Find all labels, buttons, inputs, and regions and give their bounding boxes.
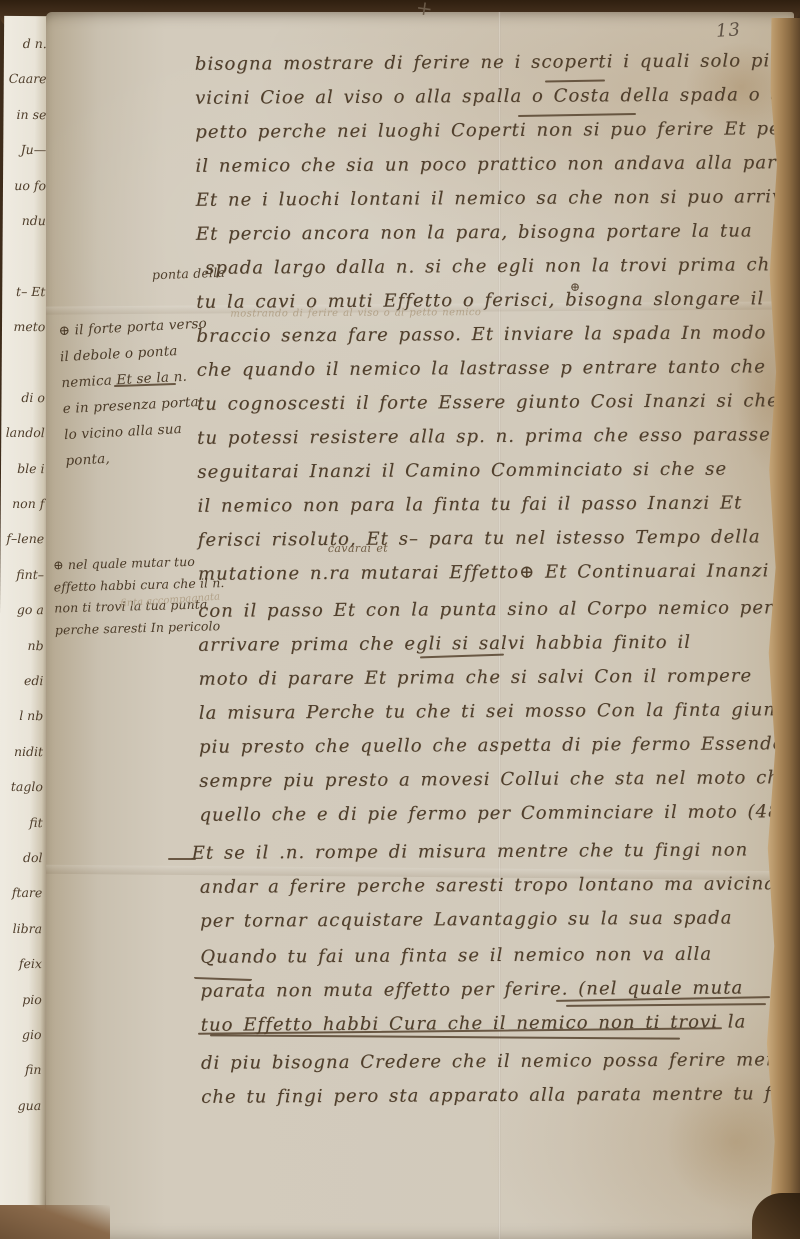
text-line: tu cognoscesti il forte Essere giunto Co… (197, 384, 783, 422)
text-fragment: in se (2, 97, 49, 133)
margin-note-a: ⊕ il forte porta verso il debole o ponta… (58, 310, 226, 474)
text-line: il nemico non para la finta tu fai il pa… (197, 486, 783, 524)
text-fragment: gua (0, 1088, 44, 1124)
text-line: con il passo Et con la punta sino al Cor… (198, 591, 784, 629)
main-text-block: bisogna mostrare di ferire ne i scoperti… (195, 44, 788, 1115)
text-fragment: go a (0, 592, 47, 628)
text-fragment: d n. (3, 26, 50, 62)
text-line: bisogna mostrare di ferire ne i scoperti… (195, 44, 781, 82)
text-line: mutatione n.ra mutarai Effetto⊕ Et Conti… (198, 554, 784, 592)
text-line: tu potessi resistere alla sp. n. prima c… (197, 418, 783, 456)
text-line: sempre piu presto a movesi Collui che st… (199, 761, 785, 799)
text-fragment: uo fo (2, 167, 49, 203)
text-line: il nemico che sia un poco prattico non a… (195, 146, 781, 184)
text-fragment: t– Et (1, 274, 48, 310)
text-fragment: fit (0, 804, 46, 840)
text-fragment: taglo (0, 769, 46, 805)
text-fragment: ble i (0, 451, 47, 487)
text-line: per tornar acquistare Lavantaggio su la … (200, 901, 786, 939)
text-fragment: fint– (0, 557, 47, 593)
text-line: la misura Perche tu che ti sei mosso Con… (199, 693, 785, 731)
text-line: vicini Cioe al viso o alla spalla o Cost… (195, 78, 781, 116)
manuscript-photo: d n. Caare in se Ju— uo fo ndu t– Et met… (0, 0, 800, 1239)
interlinear-insertion: mostrando di ferire al viso o al petto n… (230, 307, 481, 343)
text-fragment: Ju— (2, 132, 49, 168)
text-fragment: edi (0, 663, 47, 699)
text-fragment (1, 344, 48, 380)
text-line: moto di parare Et prima che si salvi Con… (199, 659, 785, 697)
text-line: quello che e di pie fermo per Comminciar… (199, 795, 785, 833)
text-fragment: fin (0, 1052, 44, 1088)
text-fragment: feix (0, 946, 45, 982)
text-line: petto perche nei luoghi Coperti non si p… (195, 112, 781, 150)
insertion-reference-mark: ⊕ (570, 280, 580, 294)
text-line: che tu fingi pero sta apparato alla para… (201, 1077, 787, 1115)
text-fragment: pio (0, 981, 45, 1017)
text-line: Quando tu fai una finta se il nemico non… (200, 937, 786, 975)
text-line: arrivare prima che egli si salvi habbia … (198, 625, 784, 663)
text-fragment: Caare (3, 61, 50, 97)
text-fragment: ndu (2, 203, 49, 239)
text-line: Et percio ancora non la para, bisogna po… (196, 214, 782, 252)
text-line: Et ne i luochi lontani il nemico sa che … (196, 180, 782, 218)
text-line: andar a ferire perche saresti tropo lont… (200, 867, 786, 905)
text-fragment (2, 238, 49, 274)
text-fragment: di o (1, 380, 48, 416)
paragraph-dash (168, 858, 196, 860)
text-fragment: non f (0, 486, 47, 522)
text-fragment: nb (0, 628, 47, 664)
text-line: piu presto che quello che aspetta di pie… (199, 727, 785, 765)
text-fragment: ftare (0, 875, 45, 911)
margin-note-inline: ponta della (152, 265, 226, 283)
text-fragment: gio (0, 1017, 45, 1053)
cross-mark: + (414, 0, 434, 21)
folio-number: 13 (715, 19, 741, 42)
text-line: spada largo dalla n. si che egli non la … (205, 248, 782, 286)
text-line: che quando il nemico la lastrasse p entr… (197, 350, 783, 388)
text-fragment: landol (1, 415, 48, 451)
text-fragment: l nb (0, 698, 46, 734)
previous-page-text-fragments: d n. Caare in se Ju— uo fo ndu t– Et met… (0, 26, 50, 1123)
text-line: Et se il .n. rompe di misura mentre che … (192, 833, 786, 871)
text-line: di piu bisogna Credere che il nemico pos… (201, 1043, 787, 1081)
text-fragment: nidit (0, 734, 46, 770)
text-fragment: f–lene (0, 521, 47, 557)
interlinear-insertion: cavarai et (328, 543, 388, 577)
text-fragment: meto (1, 309, 48, 345)
book-cover-corner (0, 1205, 110, 1239)
text-fragment: libra (0, 911, 45, 947)
text-fragment: dol (0, 840, 46, 876)
text-line: seguitarai Inanzi il Camino Comminciato … (197, 452, 783, 490)
text-line: ferisci risoluto, Et s– para tu nel iste… (198, 520, 784, 558)
